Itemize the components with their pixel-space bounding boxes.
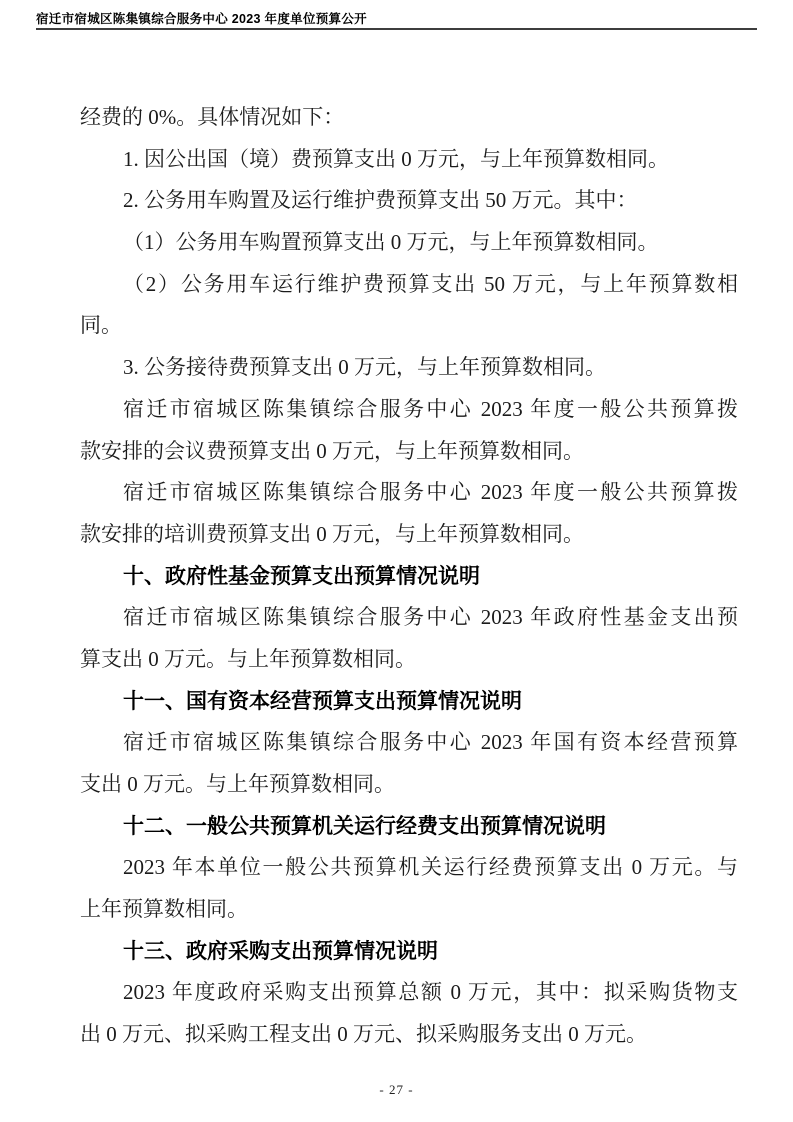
paragraph-line: 经费的 0%。具体情况如下： [80,97,738,139]
paragraph-line: 出 0 万元、拟采购工程支出 0 万元、拟采购服务支出 0 万元。 [80,1014,738,1056]
paragraph-line: 2. 公务用车购置及运行维护费预算支出 50 万元。其中： [80,180,738,222]
paragraph-line: 3. 公务接待费预算支出 0 万元，与上年预算数相同。 [80,347,738,389]
section-heading-12: 十二、一般公共预算机关运行经费支出预算情况说明 [80,806,738,848]
section-heading-11: 十一、国有资本经营预算支出预算情况说明 [80,681,738,723]
paragraph-line: 1. 因公出国（境）费预算支出 0 万元，与上年预算数相同。 [80,139,738,181]
section-heading-13: 十三、政府采购支出预算情况说明 [80,931,738,973]
paragraph-line: 算支出 0 万元。与上年预算数相同。 [80,639,738,681]
page-header-title: 宿迁市宿城区陈集镇综合服务中心 2023 年度单位预算公开 [36,9,367,27]
document-body: 经费的 0%。具体情况如下： 1. 因公出国（境）费预算支出 0 万元，与上年预… [80,97,738,1056]
paragraph-line: 款安排的会议费预算支出 0 万元，与上年预算数相同。 [80,431,738,473]
paragraph-line: 同。 [80,305,738,347]
paragraph-line: 款安排的培训费预算支出 0 万元，与上年预算数相同。 [80,514,738,556]
document-page: 宿迁市宿城区陈集镇综合服务中心 2023 年度单位预算公开 经费的 0%。具体情… [0,0,793,1122]
section-heading-10: 十、政府性基金预算支出预算情况说明 [80,556,738,598]
paragraph-line: 宿迁市宿城区陈集镇综合服务中心 2023 年政府性基金支出预 [80,597,738,639]
page-footer: - 27 - [0,1082,793,1098]
page-number: - 27 - [379,1082,413,1097]
paragraph-line: 上年预算数相同。 [80,889,738,931]
paragraph-line: （1）公务用车购置预算支出 0 万元，与上年预算数相同。 [80,222,738,264]
header-rule-divider [36,28,757,30]
paragraph-line: 2023 年本单位一般公共预算机关运行经费预算支出 0 万元。与 [80,847,738,889]
paragraph-line: 宿迁市宿城区陈集镇综合服务中心 2023 年度一般公共预算拨 [80,472,738,514]
paragraph-line: 宿迁市宿城区陈集镇综合服务中心 2023 年度一般公共预算拨 [80,389,738,431]
paragraph-line: 宿迁市宿城区陈集镇综合服务中心 2023 年国有资本经营预算 [80,722,738,764]
paragraph-line: （2）公务用车运行维护费预算支出 50 万元，与上年预算数相 [80,264,738,306]
paragraph-line: 支出 0 万元。与上年预算数相同。 [80,764,738,806]
paragraph-line: 2023 年度政府采购支出预算总额 0 万元，其中：拟采购货物支 [80,972,738,1014]
